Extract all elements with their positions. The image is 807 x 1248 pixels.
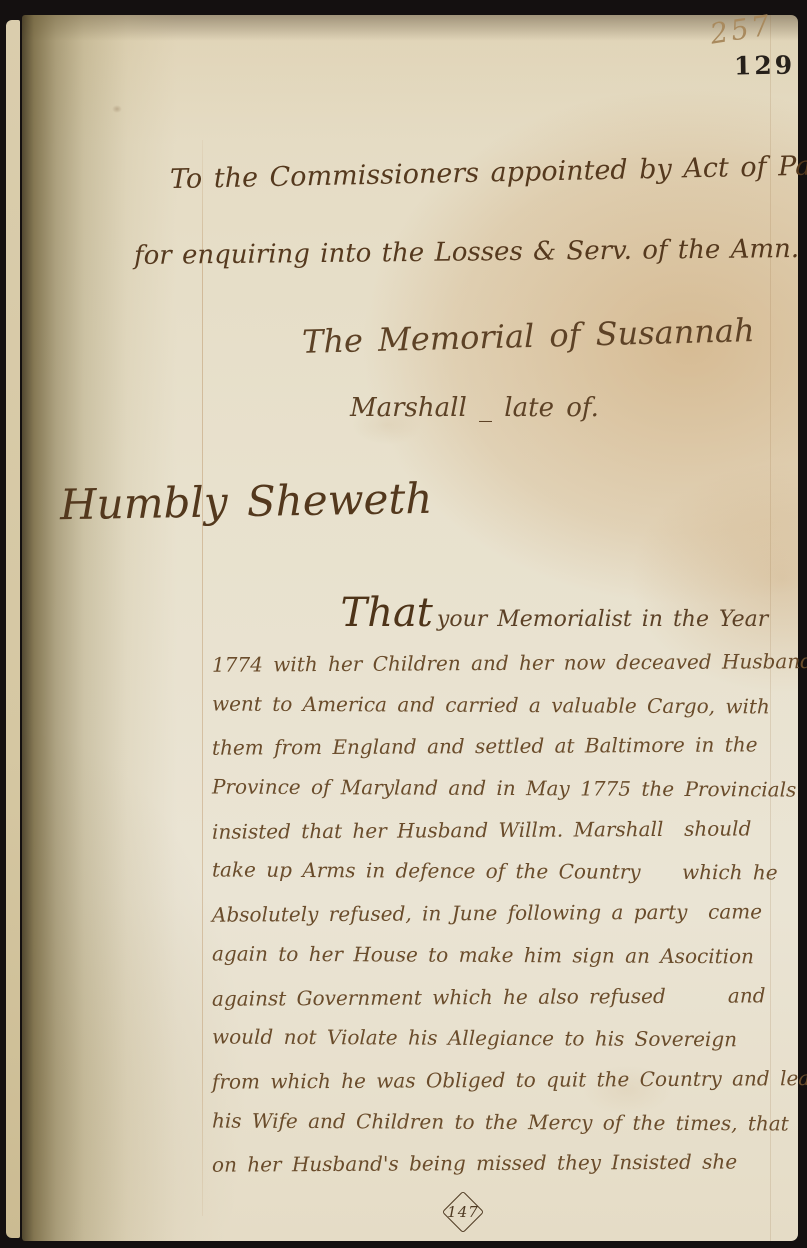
body-line: his Wife and Children to the Mercy of th… xyxy=(212,1100,778,1145)
body-line: went to America and carried a valuable C… xyxy=(212,683,778,728)
address-line-1: To the Commissioners appointed by Act of… xyxy=(170,150,807,195)
body-line: against Government which he also refused… xyxy=(212,975,778,1020)
opening-rest: your Memorialist in the Year xyxy=(437,607,768,632)
previous-page-edge xyxy=(6,20,20,1238)
body-line: them from England and settled at Baltimo… xyxy=(212,725,778,770)
folio-number-handwritten: 257 xyxy=(708,8,775,50)
body-line: from which he was Obliged to quit the Co… xyxy=(212,1058,778,1103)
body-line: 1774 with her Children and her now decea… xyxy=(212,641,778,686)
address-line-2: for enquiring into the Losses & Serv. of… xyxy=(134,233,807,271)
opening-word: That xyxy=(341,590,433,636)
body-line: Province of Maryland and in May 1775 the… xyxy=(212,767,778,812)
body-line: Absolutely refused, in June following a … xyxy=(212,891,778,936)
memorial-title-line-1: The Memorial of Susannah xyxy=(302,311,755,361)
book-photograph: 257 129 To the Commissioners appointed b… xyxy=(0,0,807,1248)
salutation-humbly-sheweth: Humbly Sheweth xyxy=(60,474,433,529)
manuscript-page: 257 129 To the Commissioners appointed b… xyxy=(22,15,798,1241)
memorial-title-line-2: Marshall _ late of. xyxy=(350,393,599,423)
body-line: take up Arms in defence of the Country w… xyxy=(212,850,778,895)
folio-number-stamp: 129 xyxy=(734,50,796,80)
body-line: would not Violate his Allegiance to his … xyxy=(212,1017,778,1062)
body-line: on her Husband's being missed they Insis… xyxy=(212,1142,778,1187)
body-line: insisted that her Husband Willm. Marshal… xyxy=(212,808,778,853)
body-line: again to her House to make him sign an A… xyxy=(212,933,778,978)
margin-rule-line xyxy=(202,140,203,1216)
bottom-page-number-mark: 147 xyxy=(446,1195,480,1229)
memorial-body-text: 1774 with her Children and her now decea… xyxy=(212,643,778,1185)
paper-stain xyxy=(112,105,122,113)
bottom-page-number: 147 xyxy=(446,1195,480,1229)
